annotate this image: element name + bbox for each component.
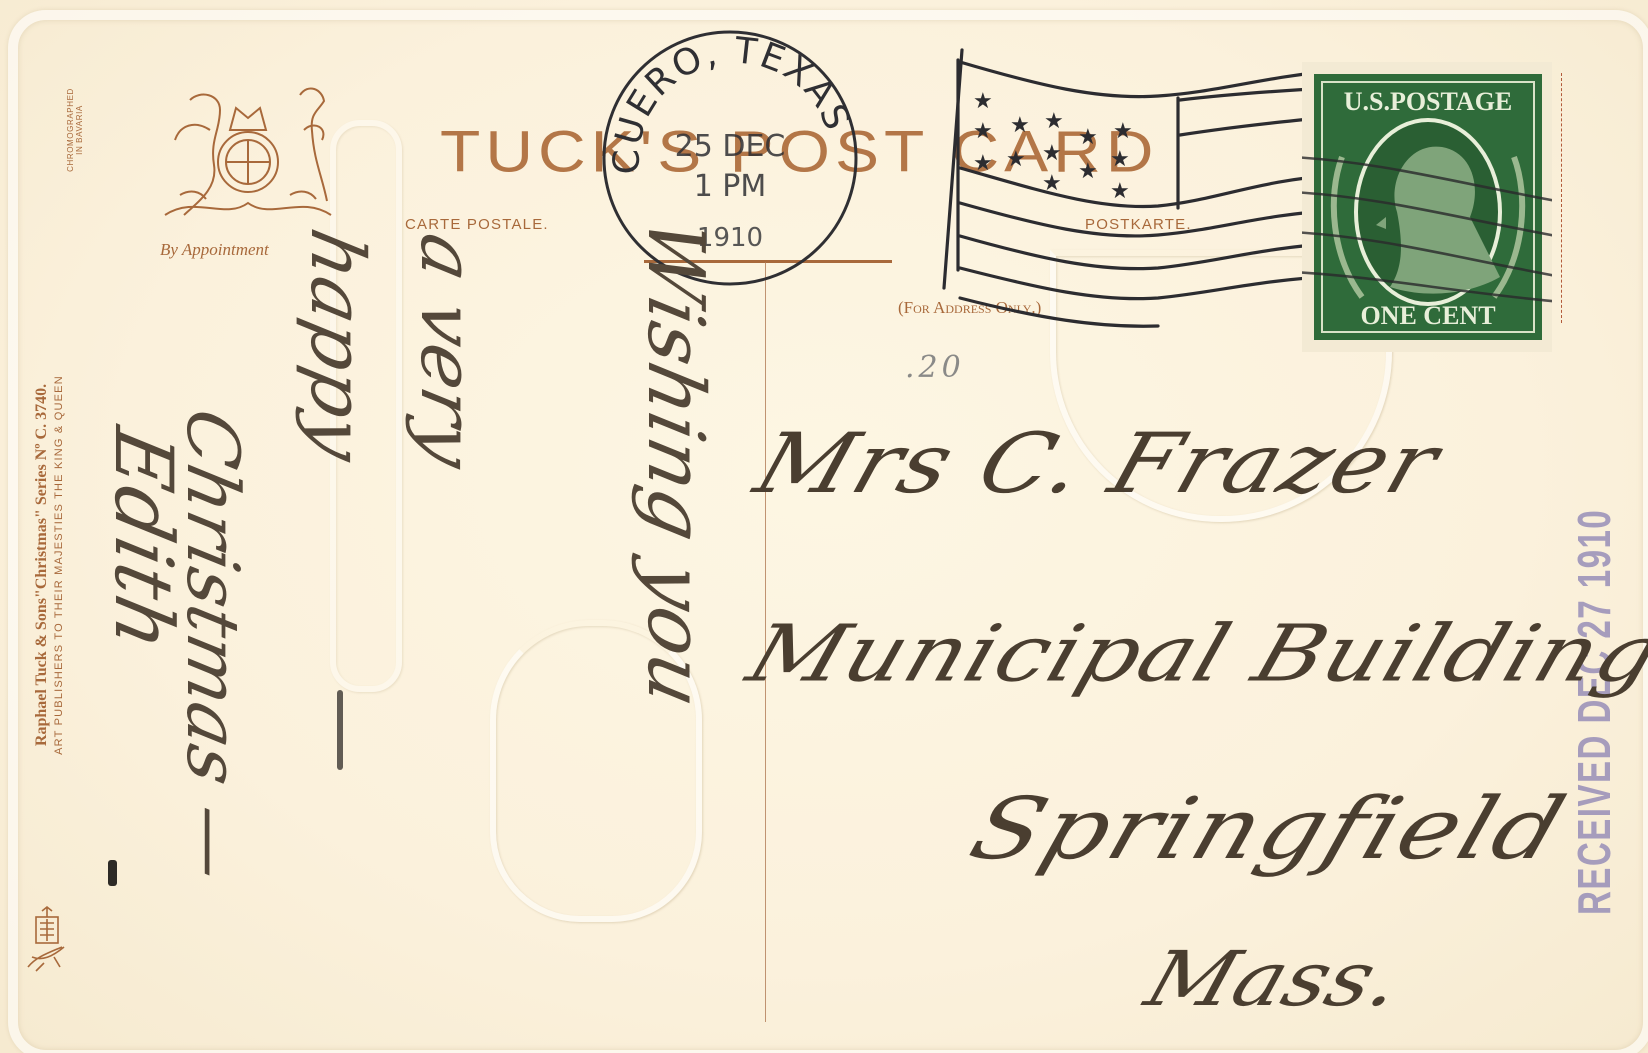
svg-text:★: ★: [1110, 147, 1130, 172]
svg-text:1 PM: 1 PM: [694, 169, 767, 204]
publisher-warrant: ART PUBLISHERS TO THEIR MAJESTIES THE KI…: [52, 260, 66, 870]
svg-text:★: ★: [1006, 147, 1026, 172]
royal-coat-of-arms-icon: [150, 70, 345, 235]
svg-text:25 DEC: 25 DEC: [675, 129, 786, 164]
svg-text:★: ★: [973, 89, 993, 114]
stamp-box-outline: [1561, 73, 1562, 323]
svg-text:★: ★: [973, 151, 993, 176]
address-building: Municipal Building: [737, 608, 1648, 699]
ink-mark: [108, 860, 117, 886]
address-state: Mass.: [1136, 935, 1414, 1023]
tuck-easel-logo-icon: [24, 905, 72, 975]
svg-text:★: ★: [1078, 125, 1098, 150]
svg-text:★: ★: [1110, 179, 1130, 204]
address-city: Springfield: [959, 779, 1578, 878]
svg-text:★: ★: [1010, 113, 1030, 138]
svg-text:ONE CENT: ONE CENT: [1360, 301, 1495, 330]
chromographed-note: CHROMOGRAPHEDIN BAVARIA: [64, 70, 84, 190]
svg-text:★: ★: [1113, 119, 1133, 144]
svg-text:★: ★: [973, 119, 993, 144]
message-line: Wishing you: [630, 211, 720, 715]
message-line: a very: [404, 227, 490, 476]
ink-mark: [337, 690, 343, 770]
address-recipient: Mrs C. Frazer: [744, 415, 1451, 511]
message-line: happy: [294, 222, 380, 469]
svg-text:★: ★: [1042, 171, 1062, 196]
message-signature: Edith: [97, 420, 190, 659]
svg-text:U.S.POSTAGE: U.S.POSTAGE: [1344, 87, 1513, 116]
by-appointment-text: By Appointment: [160, 240, 269, 260]
pencil-price-note: .20: [905, 350, 965, 385]
publisher-series: Raphael Tuck & Sons"Christmas" Series Nº…: [32, 260, 52, 870]
svg-text:★: ★: [1044, 109, 1064, 134]
carte-postale-label: CARTE POSTALE.: [405, 216, 549, 233]
svg-text:★: ★: [1042, 141, 1062, 166]
postage-stamp-icon: U.S.POSTAGE ONE CENT: [1302, 62, 1552, 352]
publisher-imprint: Raphael Tuck & Sons"Christmas" Series Nº…: [30, 260, 90, 870]
svg-text:★: ★: [1078, 159, 1098, 184]
postcard-back: By Appointment CHROMOGRAPHEDIN BAVARIA R…: [0, 0, 1648, 1053]
